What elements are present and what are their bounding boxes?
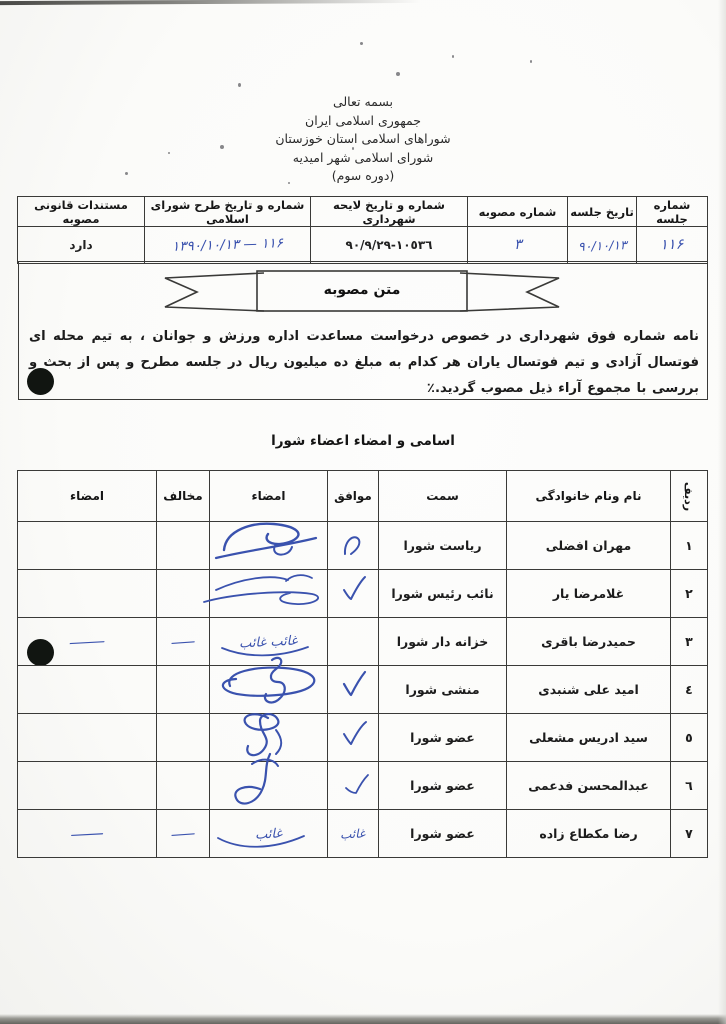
- member-row: ٤ امید علی شنبدی منشی شورا: [18, 666, 708, 714]
- scan-speck: [530, 60, 532, 63]
- signature-cell: [210, 714, 328, 762]
- term-line: (دوره سوم): [0, 167, 726, 186]
- member-position: عضو شورا: [379, 714, 507, 762]
- signature-cell: غائب غائب: [210, 618, 328, 666]
- bill-no-date-header: شماره و تاریخ لایحه شهرداری: [311, 197, 468, 227]
- signature2-cell: [18, 666, 157, 714]
- agree-cell: [328, 714, 379, 762]
- signature2-cell: —: [18, 810, 157, 858]
- banner-title: متن مصوبه: [257, 270, 467, 310]
- signature-header: امضاء: [210, 471, 328, 522]
- agree-header: موافق: [328, 471, 379, 522]
- agree-cell: غائب: [328, 810, 379, 858]
- scan-edge-bottom: [0, 1014, 726, 1024]
- absent-note: غائب: [255, 826, 283, 842]
- signature-scrawl: [210, 704, 330, 764]
- plan-no-date-header: شماره و تاریخ طرح شورای اسلامی: [145, 197, 311, 227]
- legal-docs-header: مستندات قانونی مصوبه: [18, 197, 145, 227]
- signature2-cell: [18, 762, 157, 810]
- session-no-header: شماره جلسه: [637, 197, 708, 227]
- signature2-cell: [18, 522, 157, 570]
- member-row: ٦ عبدالمحسن فدعمی عضو شورا: [18, 762, 708, 810]
- signature2-cell: —: [18, 618, 157, 666]
- agree-checkmark-icon: [338, 718, 370, 754]
- signature-cell: [210, 570, 328, 618]
- info-value-row: ۱۱۶ ۹۰/۱۰/۱۳ ٣ ١٠٥٣٦-٩٠/٩/٢٩ ۱۱۶ — ۱۳۹۰/…: [18, 227, 708, 264]
- signature-cell: [210, 666, 328, 714]
- city-council-line: شورای اسلامی شهر امیدیه: [0, 149, 726, 168]
- member-position: ریاست شورا: [379, 522, 507, 570]
- member-name: حمیدرضا باقری: [507, 618, 671, 666]
- member-row: ٢ غلامرضا یار نائب رئیس شورا: [18, 570, 708, 618]
- member-name: مهران افضلی: [507, 522, 671, 570]
- plan-no-date-value: ۱۱۶ — ۱۳۹۰/۱۰/۱۳: [145, 227, 311, 264]
- agree-cell: [328, 522, 379, 570]
- scan-speck: [238, 83, 241, 87]
- scan-speck: [396, 72, 400, 76]
- agree-mark-icon: [338, 526, 368, 566]
- member-row: ٣ حمیدرضا باقری خزانه دار شورا غائب غائب…: [18, 618, 708, 666]
- member-position: نائب رئیس شورا: [379, 570, 507, 618]
- member-name: سید ادریس مشعلی: [507, 714, 671, 762]
- oppose-cell: —: [157, 618, 210, 666]
- row-no-header: ردیف: [671, 471, 708, 522]
- absent-note: غائب غائب: [239, 633, 298, 651]
- signature-cell: غائب: [210, 810, 328, 858]
- signature-cell: [210, 522, 328, 570]
- signature-section-title: اسامی و امضاء اعضاء شورا: [0, 433, 726, 449]
- scan-edge-top: [0, 0, 420, 5]
- member-position: عضو شورا: [379, 810, 507, 858]
- resolution-no-header: شماره مصوبه: [468, 197, 568, 227]
- oppose-cell: [157, 762, 210, 810]
- agree-cell: [328, 666, 379, 714]
- absent-note: غائب: [340, 826, 366, 841]
- session-no-value: ۱۱۶: [637, 227, 708, 264]
- bill-no-date-value: ١٠٥٣٦-٩٠/٩/٢٩: [311, 227, 468, 264]
- signature2-cell: [18, 570, 157, 618]
- resolution-text: نامه شماره فوق شهرداری در خصوص درخواست م…: [29, 324, 699, 402]
- info-header-row: شماره جلسه تاریخ جلسه شماره مصوبه شماره …: [18, 197, 708, 227]
- member-position: منشی شورا: [379, 666, 507, 714]
- session-date-value: ۹۰/۱۰/۱۳: [568, 227, 637, 264]
- signature-scrawl: [196, 566, 336, 618]
- sig-header-row: ردیف نام ونام خانوادگی سمت موافق امضاء م…: [18, 471, 708, 522]
- scanned-document-page: بسمه تعالی جمهوری اسلامی ایران شوراهای ا…: [0, 0, 726, 1024]
- signature2-header: امضاء: [18, 471, 157, 522]
- oppose-header: مخالف: [157, 471, 210, 522]
- resolution-box: متن مصوبه نامه شماره فوق شهرداری در خصوص…: [18, 261, 708, 400]
- position-header: سمت: [379, 471, 507, 522]
- oppose-cell: [157, 666, 210, 714]
- oppose-cell: [157, 714, 210, 762]
- scan-speck: [452, 55, 454, 58]
- oppose-cell: [157, 522, 210, 570]
- province-council-line: شوراهای اسلامی استان خوزستان: [0, 130, 726, 149]
- member-position: خزانه دار شورا: [379, 618, 507, 666]
- letterhead: بسمه تعالی جمهوری اسلامی ایران شوراهای ا…: [0, 93, 726, 186]
- agree-cell: [328, 762, 379, 810]
- row-no: ٥: [671, 714, 708, 762]
- row-no: ٤: [671, 666, 708, 714]
- signature-scrawl: [204, 514, 334, 570]
- fullname-header: نام ونام خانوادگی: [507, 471, 671, 522]
- agree-checkmark-icon: [338, 572, 370, 608]
- member-name: امید علی شنبدی: [507, 666, 671, 714]
- agree-cell: [328, 570, 379, 618]
- member-name: رضا مکطاع زاده: [507, 810, 671, 858]
- agree-checkmark-icon: [338, 668, 370, 704]
- scan-speck: [360, 42, 363, 45]
- member-row: ١ مهران افضلی ریاست شورا: [18, 522, 708, 570]
- legal-docs-value: دارد: [18, 227, 145, 264]
- agree-cell: [328, 618, 379, 666]
- row-no: ١: [671, 522, 708, 570]
- row-no: ٣: [671, 618, 708, 666]
- oppose-cell: —: [157, 810, 210, 858]
- signature2-cell: [18, 714, 157, 762]
- row-no: ٧: [671, 810, 708, 858]
- oppose-cell: [157, 570, 210, 618]
- session-date-header: تاریخ جلسه: [568, 197, 637, 227]
- signature-cell: [210, 762, 328, 810]
- resolution-no-value: ٣: [468, 227, 568, 264]
- country-line: جمهوری اسلامی ایران: [0, 112, 726, 131]
- resolution-info-table: شماره جلسه تاریخ جلسه شماره مصوبه شماره …: [17, 196, 708, 264]
- member-row: ٥ سید ادریس مشعلی عضو شورا: [18, 714, 708, 762]
- member-name: غلامرضا یار: [507, 570, 671, 618]
- agree-checkmark-icon: [340, 768, 372, 802]
- row-no: ٦: [671, 762, 708, 810]
- signatures-table: ردیف نام ونام خانوادگی سمت موافق امضاء م…: [17, 470, 708, 858]
- row-no: ٢: [671, 570, 708, 618]
- member-position: عضو شورا: [379, 762, 507, 810]
- member-name: عبدالمحسن فدعمی: [507, 762, 671, 810]
- besmele-line: بسمه تعالی: [0, 93, 726, 112]
- member-row: ٧ رضا مکطاع زاده عضو شورا غائب غائب — —: [18, 810, 708, 858]
- resolution-banner: متن مصوبه: [157, 270, 567, 314]
